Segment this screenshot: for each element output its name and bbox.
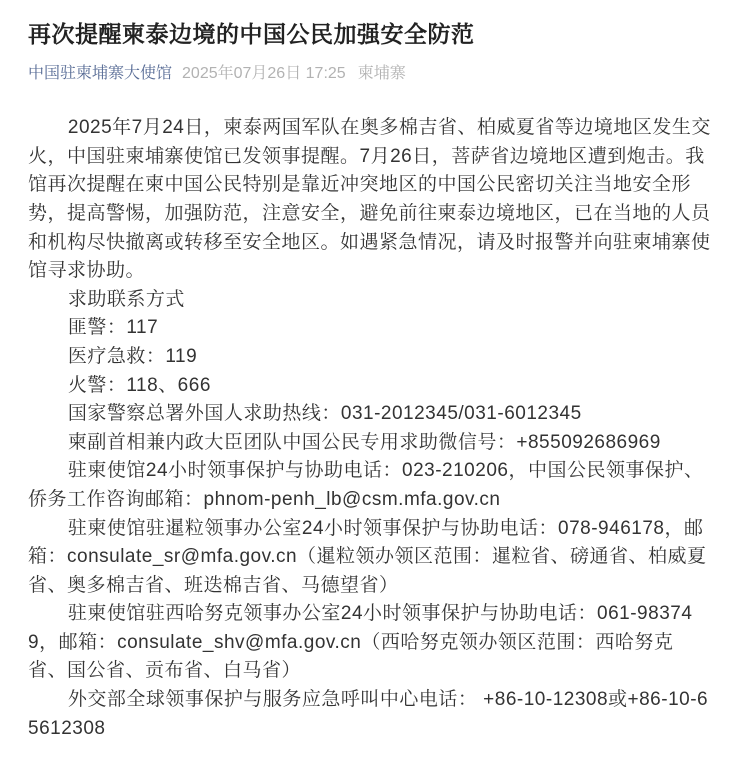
article-paragraph-fire: 火警：118、666 bbox=[28, 372, 712, 401]
article-paragraph-medical: 医疗急救：119 bbox=[28, 343, 712, 372]
article-paragraph-hotline: 国家警察总署外国人求助热线：031-2012345/031-6012345 bbox=[28, 400, 712, 429]
article-paragraph-contact-heading: 求助联系方式 bbox=[28, 286, 712, 315]
publish-datetime: 2025年07月26日 17:25 bbox=[182, 63, 346, 85]
article-paragraph-intro: 2025年7月24日，柬泰两国军队在奥多棉吉省、柏威夏省等边境地区发生交火，中国… bbox=[28, 114, 712, 286]
article-meta: 中国驻柬埔寨大使馆 2025年07月26日 17:25 柬埔寨 bbox=[28, 63, 712, 85]
article-body: 2025年7月24日，柬泰两国军队在奥多棉吉省、柏威夏省等边境地区发生交火，中国… bbox=[28, 114, 712, 743]
article-paragraph-wechat: 柬副首相兼内政大臣团队中国公民专用求助微信号：+855092686969 bbox=[28, 429, 712, 458]
article-paragraph-sihanouk: 驻柬使馆驻西哈努克领事办公室24小时领事保护与协助电话：061-983749，邮… bbox=[28, 600, 712, 686]
article-paragraph-mfa: 外交部全球领事保护与服务应急呼叫中心电话： +86-10-12308或+86-1… bbox=[28, 686, 712, 743]
article-paragraph-siemreap: 驻柬使馆驻暹粒领事办公室24小时领事保护与协助电话：078-946178，邮箱：… bbox=[28, 515, 712, 601]
article-title: 再次提醒柬泰边境的中国公民加强安全防范 bbox=[28, 18, 712, 50]
publish-location: 柬埔寨 bbox=[358, 63, 406, 85]
account-name-link[interactable]: 中国驻柬埔寨大使馆 bbox=[28, 63, 172, 85]
article-paragraph-police: 匪警：117 bbox=[28, 314, 712, 343]
article-paragraph-embassy: 驻柬使馆24小时领事保护与协助电话：023-210206，中国公民领事保护、侨务… bbox=[28, 457, 712, 514]
article-page: 再次提醒柬泰边境的中国公民加强安全防范 中国驻柬埔寨大使馆 2025年07月26… bbox=[0, 0, 740, 769]
